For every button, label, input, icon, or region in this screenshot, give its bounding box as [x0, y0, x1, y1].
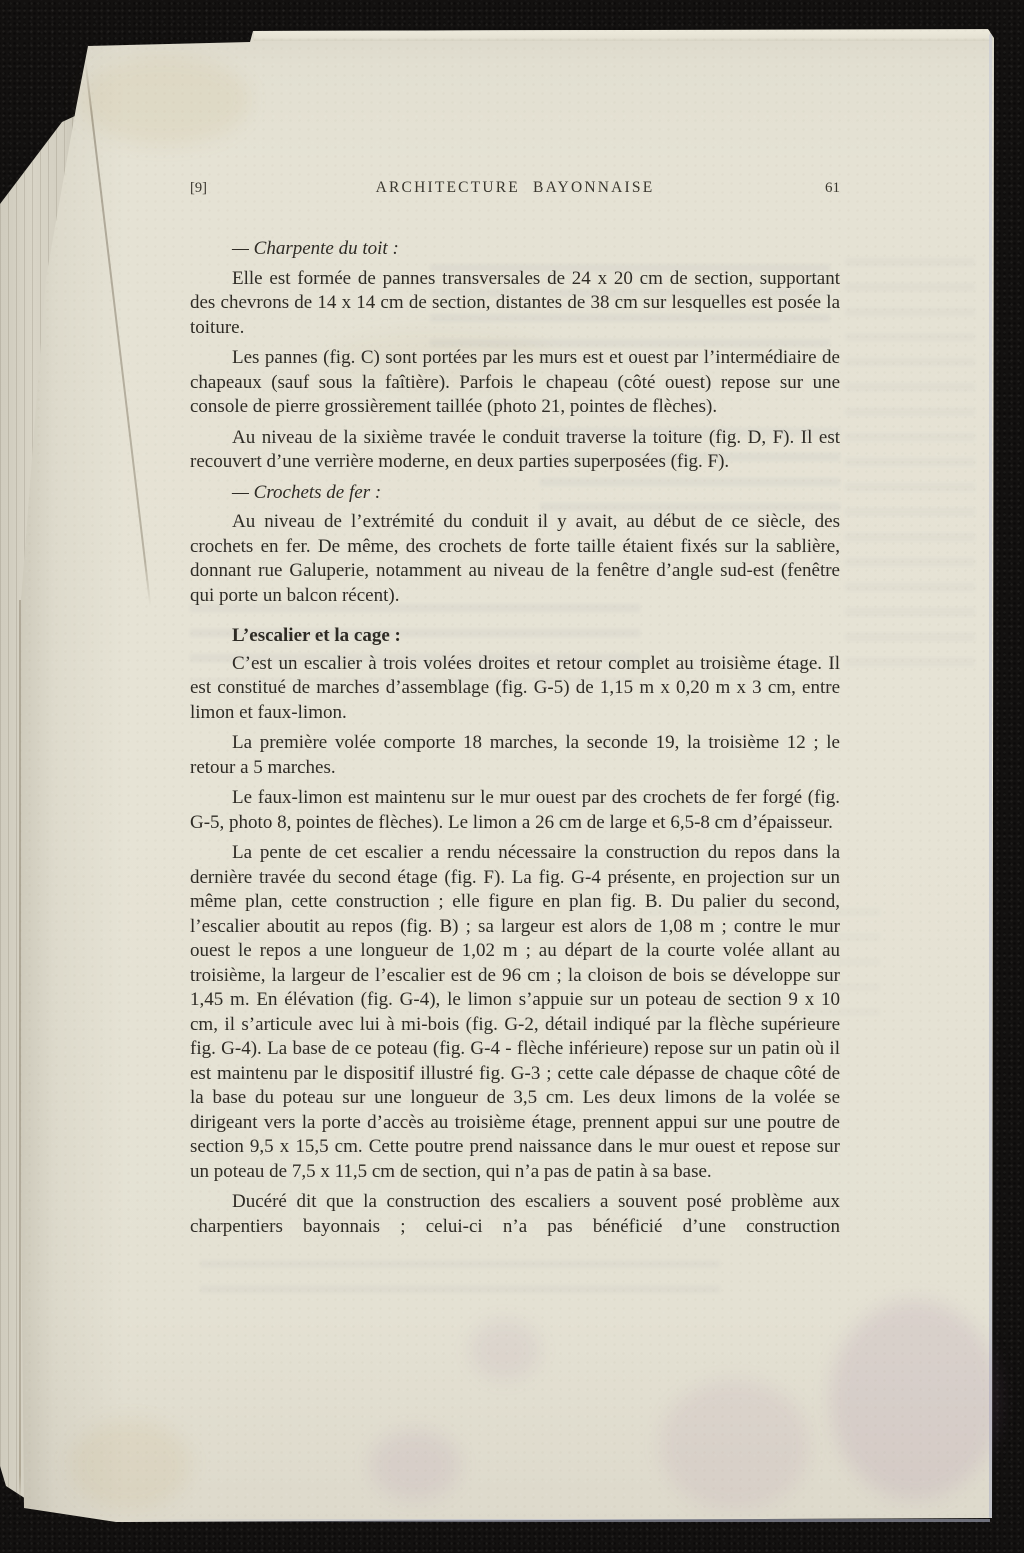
- page-text-block: [9] ARCHITECTURE BAYONNAISE 61 — Charpen…: [190, 177, 840, 1245]
- subheading-crochets-de-fer: — Crochets de fer :: [190, 481, 840, 506]
- paragraph: Elle est formée de pannes transversales …: [190, 267, 840, 341]
- scan-fringe-bottom: [110, 1519, 990, 1522]
- gutter-crease-lower: [19, 600, 21, 1502]
- section-heading-escalier-et-cage: L’escalier et la cage :: [190, 624, 840, 649]
- folio-number-bracketed: [9]: [190, 177, 260, 199]
- paragraph: La pente de cet escalier a rendu nécessa…: [190, 841, 840, 1184]
- book-scan: [9] ARCHITECTURE BAYONNAISE 61 — Charpen…: [0, 0, 1024, 1553]
- running-head: [9] ARCHITECTURE BAYONNAISE 61: [190, 177, 840, 199]
- paragraph: Le faux-limon est maintenu sur le mur ou…: [190, 786, 840, 835]
- paragraph: Les pannes (fig. C) sont portées par les…: [190, 346, 840, 420]
- paragraph: Au niveau de l’extrémité du conduit il y…: [190, 510, 840, 608]
- running-title: ARCHITECTURE BAYONNAISE: [376, 177, 655, 199]
- paragraph: Ducéré dit que la construction des escal…: [190, 1190, 840, 1239]
- paragraph: C’est un escalier à trois volées droites…: [190, 652, 840, 726]
- scan-fringe-right: [989, 34, 992, 1518]
- paragraph: Au niveau de la sixième travée le condui…: [190, 426, 840, 475]
- subheading-charpente-du-toit: — Charpente du toit :: [190, 237, 840, 262]
- paragraph: La première volée comporte 18 marches, l…: [190, 731, 840, 780]
- body-text: — Charpente du toit : Elle est formée de…: [190, 237, 840, 1239]
- page-number: 61: [770, 177, 840, 199]
